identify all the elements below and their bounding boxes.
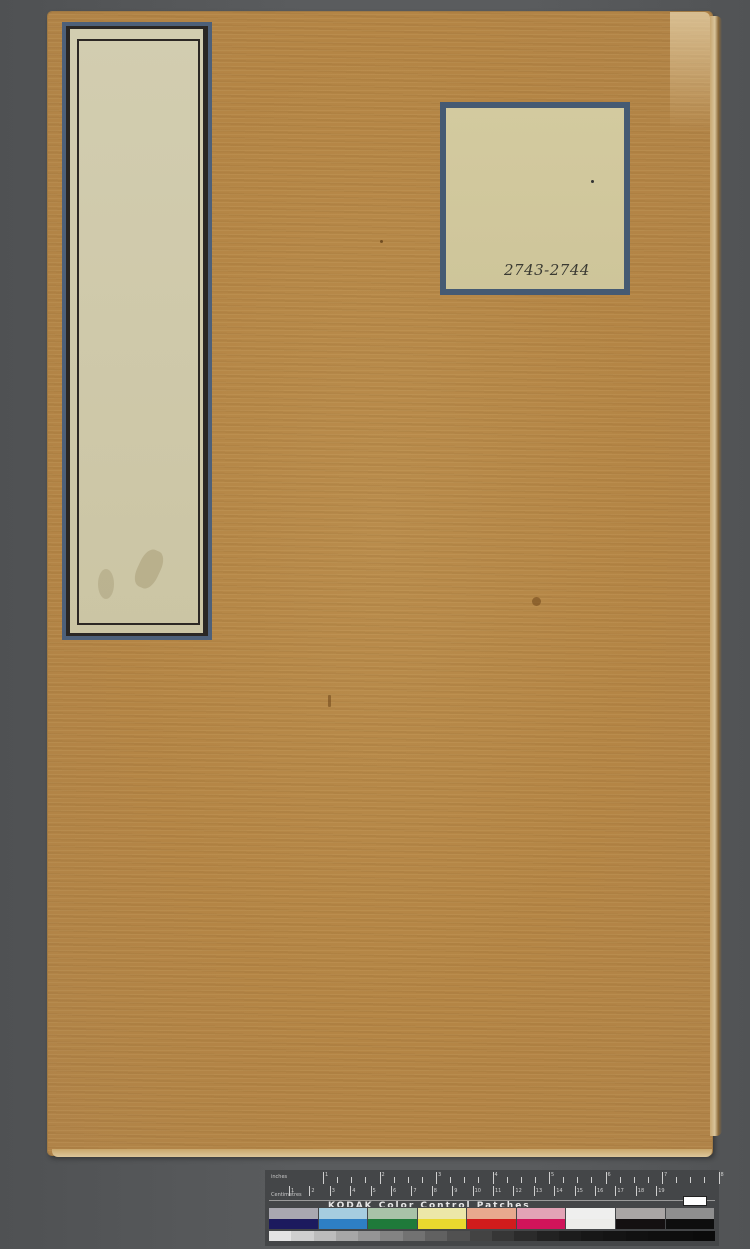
inch-tick bbox=[549, 1172, 550, 1184]
gray-step bbox=[603, 1231, 625, 1241]
gray-step bbox=[693, 1231, 715, 1241]
cm-tick bbox=[554, 1186, 555, 1196]
patch-top bbox=[269, 1208, 318, 1219]
catalog-number: 2743-2744 bbox=[504, 261, 590, 279]
title-slip-frame bbox=[77, 39, 200, 625]
cm-tick bbox=[391, 1186, 392, 1196]
inch-tick bbox=[493, 1172, 494, 1184]
inch-subtick bbox=[408, 1177, 409, 1183]
inch-subtick bbox=[620, 1177, 621, 1183]
gray-step bbox=[269, 1231, 291, 1241]
cm-label: 9 bbox=[454, 1188, 457, 1194]
inch-subtick bbox=[690, 1177, 691, 1183]
color-patches bbox=[269, 1208, 715, 1229]
color-patch-black bbox=[666, 1208, 716, 1229]
catalog-label: 2743-2744 bbox=[440, 102, 630, 295]
cm-label: 17 bbox=[617, 1188, 623, 1194]
patch-top bbox=[418, 1208, 467, 1219]
cm-tick bbox=[350, 1186, 351, 1196]
inch-subtick bbox=[351, 1177, 352, 1183]
patch-top bbox=[517, 1208, 566, 1219]
patch-bottom bbox=[666, 1219, 715, 1230]
inch-subtick bbox=[676, 1177, 677, 1183]
gray-step bbox=[403, 1231, 425, 1241]
inch-tick bbox=[606, 1172, 607, 1184]
cm-tick bbox=[371, 1186, 372, 1196]
cm-tick bbox=[636, 1186, 637, 1196]
inch-label: 5 bbox=[551, 1172, 554, 1178]
cm-tick bbox=[595, 1186, 596, 1196]
inch-subtick bbox=[478, 1177, 479, 1183]
color-control-strip: inches Centimetres 123456789101112131415… bbox=[265, 1170, 719, 1246]
ruler: inches Centimetres 123456789101112131415… bbox=[269, 1172, 715, 1201]
cm-label: 13 bbox=[536, 1188, 542, 1194]
inch-subtick bbox=[337, 1177, 338, 1183]
cm-label: 1 bbox=[291, 1188, 294, 1194]
gray-step bbox=[314, 1231, 336, 1241]
cm-tick bbox=[493, 1186, 494, 1196]
inch-tick bbox=[380, 1172, 381, 1184]
gray-step bbox=[626, 1231, 648, 1241]
color-patch-white bbox=[566, 1208, 616, 1229]
cm-tick bbox=[473, 1186, 474, 1196]
book-spine-edge bbox=[710, 16, 722, 1136]
title-slip-paper bbox=[66, 26, 208, 636]
gray-step bbox=[492, 1231, 514, 1241]
gray-step bbox=[380, 1231, 402, 1241]
inch-subtick bbox=[648, 1177, 649, 1183]
patch-bottom bbox=[418, 1219, 467, 1230]
patch-bottom bbox=[269, 1219, 318, 1230]
cm-label: 5 bbox=[373, 1188, 376, 1194]
cm-tick bbox=[513, 1186, 514, 1196]
inch-subtick bbox=[450, 1177, 451, 1183]
gray-step bbox=[648, 1231, 670, 1241]
cm-label: 15 bbox=[577, 1188, 583, 1194]
color-patch-3-color bbox=[616, 1208, 666, 1229]
inch-label: 3 bbox=[438, 1172, 441, 1178]
cm-tick bbox=[432, 1186, 433, 1196]
patch-top bbox=[566, 1208, 615, 1219]
book-bottom-edge bbox=[52, 1149, 712, 1157]
gray-step bbox=[514, 1231, 536, 1241]
stain bbox=[532, 597, 541, 606]
inch-subtick bbox=[507, 1177, 508, 1183]
patch-bottom bbox=[517, 1219, 566, 1230]
inch-subtick bbox=[535, 1177, 536, 1183]
cm-tick bbox=[309, 1186, 310, 1196]
color-patch-blue bbox=[269, 1208, 319, 1229]
cm-label: 10 bbox=[475, 1188, 481, 1194]
inch-label: 7 bbox=[664, 1172, 667, 1178]
cm-label: 4 bbox=[352, 1188, 355, 1194]
cm-label: 2 bbox=[311, 1188, 314, 1194]
gray-step bbox=[425, 1231, 447, 1241]
cm-label: 6 bbox=[393, 1188, 396, 1194]
cm-label: 14 bbox=[556, 1188, 562, 1194]
inch-subtick bbox=[422, 1177, 423, 1183]
centimetres-label: Centimetres bbox=[271, 1192, 302, 1198]
inch-tick bbox=[436, 1172, 437, 1184]
patch-top bbox=[319, 1208, 368, 1219]
kodak-title: KODAK Color Control Patches bbox=[328, 1200, 531, 1207]
inch-subtick bbox=[464, 1177, 465, 1183]
inch-subtick bbox=[577, 1177, 578, 1183]
cm-label: 18 bbox=[638, 1188, 644, 1194]
gray-step bbox=[358, 1231, 380, 1241]
grayscale-steps bbox=[269, 1231, 715, 1241]
stain bbox=[380, 240, 383, 243]
stain bbox=[98, 569, 114, 599]
inch-subtick bbox=[563, 1177, 564, 1183]
stain bbox=[328, 695, 331, 707]
color-patch-cyan bbox=[319, 1208, 369, 1229]
gray-step bbox=[670, 1231, 692, 1241]
patch-top bbox=[368, 1208, 417, 1219]
cm-label: 7 bbox=[413, 1188, 416, 1194]
cm-label: 3 bbox=[332, 1188, 335, 1194]
color-patch-green bbox=[368, 1208, 418, 1229]
inch-label: 4 bbox=[495, 1172, 498, 1178]
cm-tick bbox=[330, 1186, 331, 1196]
catalog-label-paper: 2743-2744 bbox=[446, 108, 624, 289]
gray-step bbox=[291, 1231, 313, 1241]
color-patch-magenta bbox=[517, 1208, 567, 1229]
gray-step bbox=[447, 1231, 469, 1241]
patch-bottom bbox=[616, 1219, 665, 1230]
inch-subtick bbox=[365, 1177, 366, 1183]
gray-step bbox=[470, 1231, 492, 1241]
inch-label: 1 bbox=[325, 1172, 328, 1178]
inch-label: 8 bbox=[721, 1172, 724, 1178]
cm-tick bbox=[411, 1186, 412, 1196]
patch-top bbox=[666, 1208, 715, 1219]
ink-dot bbox=[591, 180, 594, 183]
title-slip bbox=[62, 22, 212, 640]
inch-subtick bbox=[591, 1177, 592, 1183]
cm-label: 12 bbox=[515, 1188, 521, 1194]
patch-bottom bbox=[467, 1219, 516, 1230]
kodak-logo-icon bbox=[683, 1196, 707, 1206]
cm-tick bbox=[575, 1186, 576, 1196]
inch-subtick bbox=[394, 1177, 395, 1183]
gray-step bbox=[581, 1231, 603, 1241]
patch-bottom bbox=[319, 1219, 368, 1230]
cm-tick bbox=[289, 1186, 290, 1196]
cm-label: 16 bbox=[597, 1188, 603, 1194]
worn-corner bbox=[670, 12, 710, 132]
inches-label: inches bbox=[271, 1174, 287, 1180]
cm-tick bbox=[615, 1186, 616, 1196]
gray-step bbox=[336, 1231, 358, 1241]
inch-tick bbox=[323, 1172, 324, 1184]
cm-label: 11 bbox=[495, 1188, 501, 1194]
cm-tick bbox=[534, 1186, 535, 1196]
color-patch-red bbox=[467, 1208, 517, 1229]
color-patch-yellow bbox=[418, 1208, 468, 1229]
inch-subtick bbox=[521, 1177, 522, 1183]
inch-tick bbox=[719, 1172, 720, 1184]
inch-tick bbox=[662, 1172, 663, 1184]
cm-tick bbox=[452, 1186, 453, 1196]
inch-subtick bbox=[704, 1177, 705, 1183]
patch-top bbox=[467, 1208, 516, 1219]
patch-top bbox=[616, 1208, 665, 1219]
cm-label: 19 bbox=[658, 1188, 664, 1194]
cm-tick bbox=[656, 1186, 657, 1196]
patch-bottom bbox=[566, 1219, 615, 1230]
inch-label: 6 bbox=[608, 1172, 611, 1178]
patch-bottom bbox=[368, 1219, 417, 1230]
gray-step bbox=[537, 1231, 559, 1241]
cm-label: 8 bbox=[434, 1188, 437, 1194]
inch-label: 2 bbox=[382, 1172, 385, 1178]
inch-subtick bbox=[634, 1177, 635, 1183]
gray-step bbox=[559, 1231, 581, 1241]
book-cover: 2743-2744 bbox=[48, 12, 712, 1155]
